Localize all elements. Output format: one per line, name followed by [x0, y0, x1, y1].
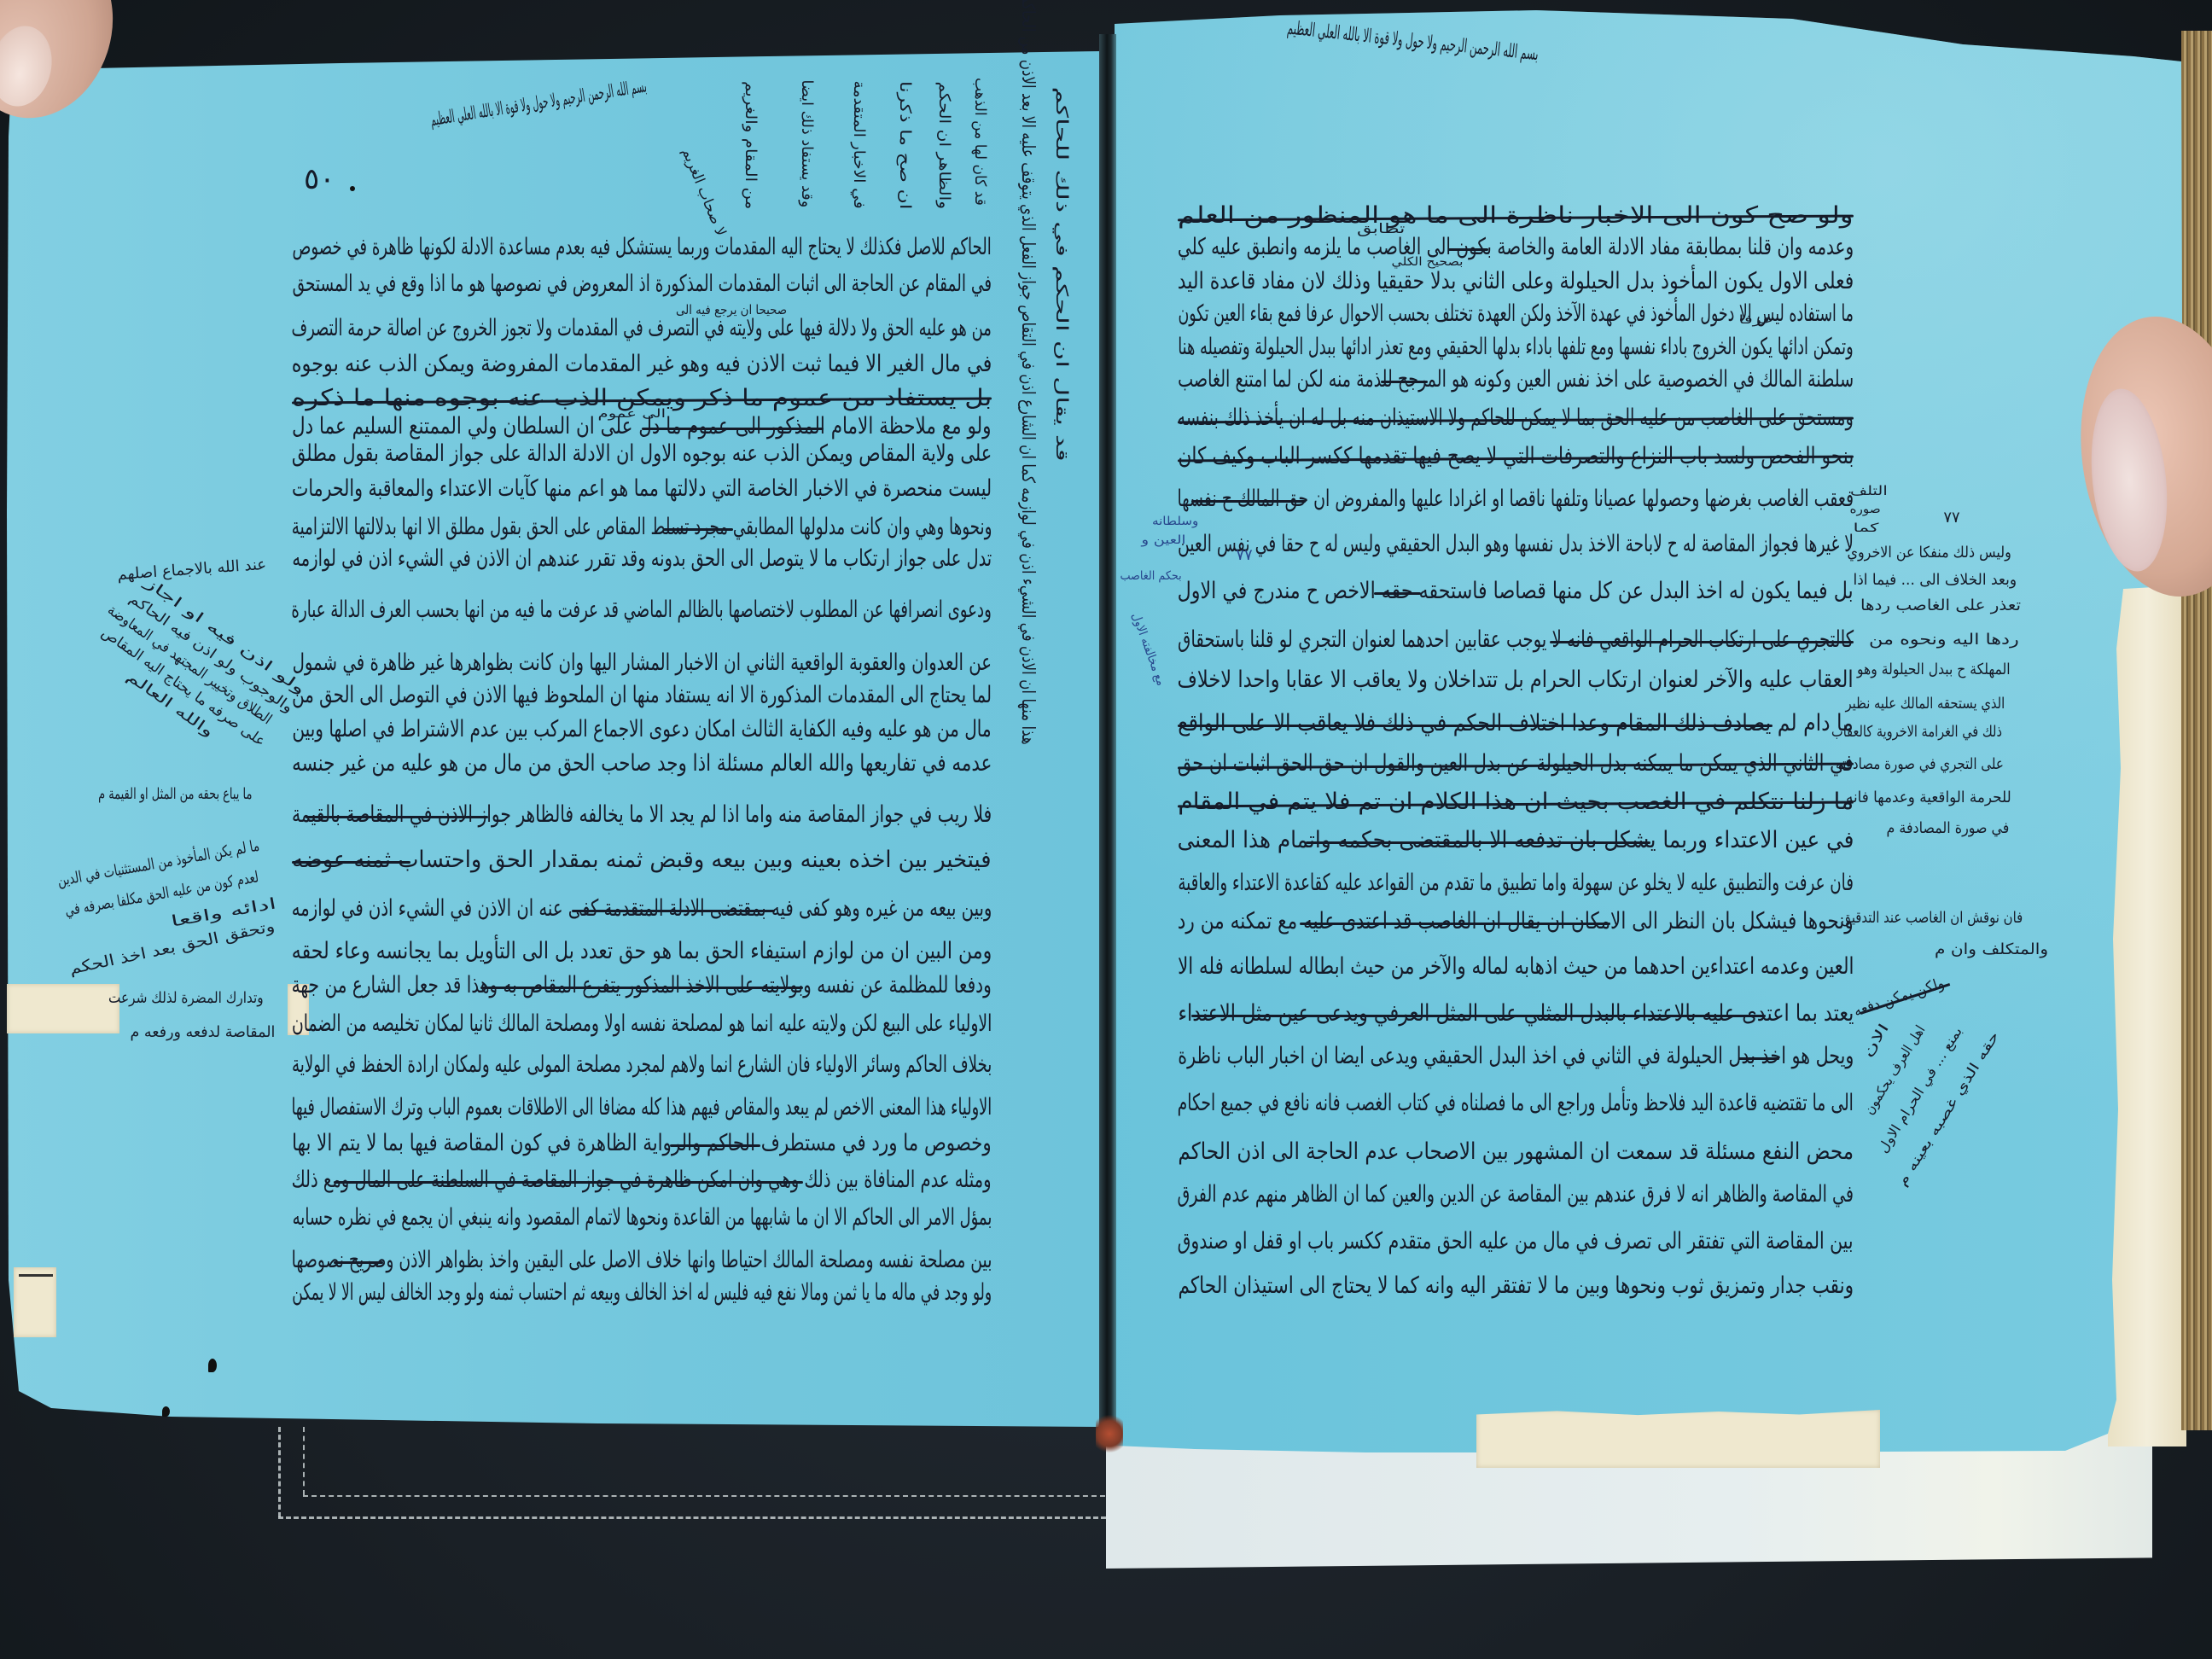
text-line-content: ما زلنا نتكلم في الغصب بحيث ان هذا الكلا…	[1178, 783, 1854, 821]
table-outline-inner-horizontal	[303, 1495, 1105, 1497]
text-line: ويحل هو اخذ بدل الحيلولة في الثاني في اخ…	[1178, 1038, 1854, 1075]
margin-note-text: ما يباع بحقه من المثل او القيمة م	[98, 787, 252, 802]
right-margin-note-line: المهلكة ح ببدل الحيلولة وهو	[1869, 662, 2023, 681]
text-line: بمؤل الامر الى الحاكم الا ان ما شابهها م…	[292, 1199, 992, 1237]
margin-note-text: على التجري في صورة مصادفته	[1836, 757, 2004, 772]
gutter-marker: ٧٧	[1229, 548, 1260, 567]
text-line-content: العقاب عليه والآخر لعنوان ارتكاب الحرام …	[1178, 661, 1854, 699]
text-line: كالتجري على ارتكاب الحرام الواقعي فانه ل…	[1178, 621, 1854, 659]
text-line: على ولاية المقاص ويمكن الذب عنه بوجوه ال…	[292, 435, 992, 473]
margin-note-marker: ٧٧	[1939, 510, 1965, 529]
text-line-struck: ومستحق على الغاصب من عليه الحق بما لا يم…	[1178, 399, 1854, 437]
table-outline-outer-horizontal	[278, 1516, 1106, 1519]
left-margin-note-middle: ما يباع بحقه من المثل او القيمة م	[128, 787, 282, 806]
text-line-content: عدمه في تفاريعها والله العالم مسئلة اذا …	[292, 745, 992, 783]
gutter-marker-text: ٧٧	[1236, 548, 1252, 563]
text-line-content: ولو وجد في ماله ما يا ثمن ومالا نفع فيه …	[292, 1274, 992, 1312]
text-line-content: ومن البين ان من لوازم استيفاء الحق بما ه…	[292, 933, 992, 970]
spine-damage	[1096, 1412, 1123, 1455]
text-line: محض النفع مسئلة قد سمعت ان المشهور بين ا…	[1178, 1133, 1854, 1171]
text-line-content: لا غيرها فجواز المقاصة له ح لاباحة الاخذ…	[1178, 526, 1854, 563]
text-line-content: مال من هو عليه وفيه الكفاية الثالث امكان…	[293, 711, 992, 748]
text-line: فعقب الغاصب بغرضها وحصولها عصيانا وتلفها…	[1178, 480, 1854, 518]
text-line-struck: ما زلنا نتكلم في الغصب بحيث ان هذا الكلا…	[1178, 783, 1854, 821]
margin-fragment: صوره	[1850, 504, 1881, 517]
right-margin-note-line: وبعد الخلاف الى ... فيما اذا	[1858, 573, 2022, 591]
right-margin-note-line: على التجري في صورة مصادفته	[1852, 757, 2020, 776]
margin-fragment: كما	[1854, 522, 1879, 536]
right-margin-note-line: الذي يستحقه المالك عليه نظير	[1863, 696, 2023, 715]
text-line: فان عرفت والتطبيق عليه لا يخلو عن سهولة …	[1178, 864, 1854, 902]
text-line-content: كالتجري على ارتكاب الحرام الواقعي فانه ل…	[1178, 621, 1854, 659]
gutter-note-text: العين و	[1142, 534, 1186, 546]
text-line-content: ويحل هو اخذ بدل الحيلولة في الثاني في اخ…	[1178, 1038, 1854, 1075]
text-line-content: ودفعا للمظلمة عن نفسه وبولايته على الاخذ…	[292, 967, 992, 1004]
text-line: بين المقاصة التي تفتقر الى تصرف في مال م…	[1178, 1223, 1854, 1260]
text-line: سلطنة المالك في الخصوصية على اخذ نفس الع…	[1178, 361, 1854, 399]
text-line-content: ونحوها فيشكل بان النظر الى الامكان ان يق…	[1178, 903, 1854, 940]
right-page-text-block: ولو صح كون الى الاخبار ناظرة الى ما هو ا…	[1178, 0, 1854, 1365]
text-line: ونحوها فيشكل بان النظر الى الامكان ان يق…	[1178, 903, 1854, 940]
margin-fragment: التلف	[1850, 485, 1888, 500]
table-outline-inner-vertical	[303, 1427, 305, 1495]
text-line-content: وعدمه وان قلنا بمطابقة مفاد الادلة العام…	[1178, 229, 1854, 266]
margin-note-text: الذي يستحقه المالك عليه نظير	[1846, 696, 2005, 712]
text-line-content: ودعوى انصرافها عن المطلوب لاختصاصها بالظ…	[292, 591, 992, 629]
text-line-content: لما يحتاج الى المقدمات المذكورة الا انه …	[292, 677, 992, 714]
text-line-content: ما دام لم يصادف ذلك المقام وعدا اختلاف ا…	[1178, 705, 1854, 742]
margin-note-text: للحرمة الواقعية وعدمها فانه	[1846, 790, 2011, 806]
text-line-content: على ولاية المقاص ويمكن الذب عنه بوجوه ال…	[292, 435, 992, 473]
gutter-note-text: وسلطانه	[1152, 515, 1198, 527]
text-line-content: الى ما تقتضيه قاعدة اليد فلاحظ وتأمل ورا…	[1178, 1085, 1854, 1122]
text-line-content: سلطنة المالك في الخصوصية على اخذ نفس الع…	[1178, 361, 1854, 399]
text-line: ليست منحصرة في الاخبار الخاصة التي دلالت…	[292, 470, 992, 508]
margin-note-text: ذلك في الغرامة الاخروية كالعقاب	[1831, 725, 2002, 740]
gutter-note-text: بحكم الغاصب	[1120, 570, 1181, 582]
margin-note-text: وليس ذلك منفكا عن الاخروي	[1847, 545, 2011, 561]
text-line-content: ومثله عدم المنافاة بين ذلك وهي وان امكن …	[292, 1161, 992, 1199]
text-line-content: بين المقاصة التي تفتقر الى تصرف في مال م…	[1178, 1223, 1854, 1260]
right-margin-note-line: في صورة المصادفة م	[1895, 821, 2017, 840]
underlying-page-strip	[2108, 580, 2186, 1447]
text-line-content: بخلاف الحاكم وسائر الاولياء فان الشارع ا…	[292, 1046, 992, 1084]
right-margin-note-line: للحرمة الواقعية وعدمها فانه	[1852, 790, 2017, 809]
ink-blot	[208, 1359, 217, 1372]
text-line: ما استفاده ليس الا دخول المأخوذ في عهدة …	[1178, 295, 1854, 333]
text-line: ومن البين ان من لوازم استيفاء الحق بما ه…	[292, 933, 992, 970]
left-margin-note-bottom: المقاصة لدفعه ورفعه م	[132, 1025, 277, 1044]
text-line: مال من هو عليه وفيه الكفاية الثالث امكان…	[292, 711, 992, 748]
text-line-content: الاولياء على البيع لكن ولايته عليه انما …	[292, 1005, 992, 1043]
margin-note-text: ردها اليه ونحوه من	[1869, 632, 2019, 648]
text-line-content: الحاكم للاصل فكذلك لا يحتاج اليه المقدما…	[293, 229, 992, 266]
text-line-content: فعقب الغاصب بغرضها وحصولها عصيانا وتلفها…	[1177, 480, 1854, 518]
text-line: ودعوى انصرافها عن المطلوب لاختصاصها بالظ…	[292, 591, 992, 629]
repair-patch	[1476, 1410, 1880, 1468]
text-line-struck: بنحو الفحص ولسد باب النزاع والتصرفات الت…	[1178, 438, 1854, 475]
text-line: ومثله عدم المنافاة بين ذلك وهي وان امكن …	[292, 1161, 992, 1199]
text-line-content: العين وعدمه اعتداءين احدهما من حيث اذهاب…	[1178, 948, 1854, 986]
right-margin-note-line: ردها اليه ونحوه من	[1869, 632, 2019, 651]
text-line: الاولياء على البيع لكن ولايته عليه انما …	[292, 1005, 992, 1043]
text-line: في عين الاعتداء وربما يشكل بان تدفعه الا…	[1178, 822, 1854, 859]
text-line: بل فيما يكون له اخذ البدل عن كل منها قصا…	[1178, 573, 1854, 610]
text-line: بخلاف الحاكم وسائر الاولياء فان الشارع ا…	[292, 1046, 992, 1084]
margin-fragment-text: التلف	[1850, 485, 1888, 498]
text-line: الحاكم للاصل فكذلك لا يحتاج اليه المقدما…	[292, 229, 992, 266]
text-line-content: فلا ريب في جواز المقاصة منه واما اذا لم …	[292, 796, 992, 834]
right-margin-note-line: تعذر على الغاصب ردها	[1860, 598, 2021, 617]
text-line: العقاب عليه والآخر لعنوان ارتكاب الحرام …	[1178, 661, 1854, 699]
margin-note-text: والمتكلف وان م	[1935, 942, 2048, 958]
right-margin-note-line: ذلك في الغرامة الاخروية كالعقاب	[1852, 725, 2023, 743]
text-line-content: ونقب جدار وتمزيق ثوب ونحوها وبين ما لا ت…	[1178, 1267, 1854, 1305]
text-line-content: في الثاني الذي يمكن ما يمكنه بدل الحيلول…	[1178, 745, 1854, 783]
margin-note-text: وبعد الخلاف الى ... فيما اذا	[1854, 573, 2017, 588]
margin-note-text: المقاصة لدفعه ورفعه م	[131, 1025, 276, 1040]
text-line-content: وخصوص ما ورد في مستطرف الحاكم والرواية ا…	[293, 1125, 992, 1162]
text-line: ودفعا للمظلمة عن نفسه وبولايته على الاخذ…	[292, 967, 992, 1004]
text-line-content: في عين الاعتداء وربما يشكل بان تدفعه الا…	[1177, 822, 1854, 859]
margin-note-text: وتدارك المضرة لذلك شرعت	[108, 991, 264, 1006]
right-margin-note-2-line: والمتكلف وان م	[1935, 942, 2048, 961]
gutter-note: وسلطانه	[1152, 515, 1198, 531]
left-margin-note-bottom: وتدارك المضرة لذلك شرعت	[122, 991, 277, 1010]
text-line: ما دام لم يصادف ذلك المقام وعدا اختلاف ا…	[1178, 705, 1854, 742]
text-line: فلا ريب في جواز المقاصة منه واما اذا لم …	[292, 796, 992, 834]
margin-note-text: المهلكة ح ببدل الحيلولة وهو	[1857, 662, 2011, 678]
text-line-content: فان عرفت والتطبيق عليه لا يخلو عن سهولة …	[1178, 864, 1854, 902]
text-line-content: ومستحق على الغاصب من عليه الحق بما لا يم…	[1178, 399, 1854, 437]
text-line: ونقب جدار وتمزيق ثوب ونحوها وبين ما لا ت…	[1178, 1267, 1854, 1305]
text-line-content: ليست منحصرة في الاخبار الخاصة التي دلالت…	[292, 470, 992, 508]
text-line: ولو وجد في ماله ما يا ثمن ومالا نفع فيه …	[292, 1274, 992, 1312]
text-line-content: في المقاصة والظاهر انه لا فرق عندهم بين …	[1177, 1176, 1854, 1214]
text-line: لما يحتاج الى المقدمات المذكورة الا انه …	[292, 677, 992, 714]
text-line-struck: في الثاني الذي يمكن ما يمكنه بدل الحيلول…	[1178, 745, 1854, 783]
book-page-edges	[2181, 31, 2212, 1430]
text-line: لا غيرها فجواز المقاصة له ح لاباحة الاخذ…	[1178, 526, 1854, 563]
text-line-content: ما استفاده ليس الا دخول المأخوذ في عهدة …	[1178, 295, 1854, 333]
text-line: وخصوص ما ورد في مستطرف الحاكم والرواية ا…	[292, 1125, 992, 1162]
margin-note-text: في صورة المصادفة م	[1887, 821, 2010, 836]
text-line-content: بنحو الفحص ولسد باب النزاع والتصرفات الت…	[1178, 438, 1854, 475]
margin-fragment-text: صوره	[1850, 504, 1881, 515]
text-line: الى ما تقتضيه قاعدة اليد فلاحظ وتأمل ورا…	[1178, 1085, 1854, 1122]
margin-note-marker-text: ٧٧	[1943, 510, 1959, 526]
ink-blot	[162, 1406, 170, 1417]
right-margin-note-line: وليس ذلك منفكا عن الاخروي	[1858, 545, 2022, 564]
gutter-note: بحكم الغاصب	[1123, 570, 1185, 585]
text-line: العين وعدمه اعتداءين احدهما من حيث اذهاب…	[1178, 948, 1854, 986]
margin-note-text: فان نوقش ان الغاصب عند التدقيق	[1842, 911, 2023, 926]
text-line-content: يعتد بما اعتدى عليه بالاعتداء بالبدل الم…	[1178, 995, 1854, 1033]
text-line: وعدمه وان قلنا بمطابقة مفاد الادلة العام…	[1178, 229, 1854, 266]
left-page-text-block: الحاكم للاصل فكذلك لا يحتاج اليه المقدما…	[292, 0, 992, 1365]
text-line: يعتد بما اعتدى عليه بالاعتداء بالبدل الم…	[1178, 995, 1854, 1033]
table-outline-outer-vertical	[278, 1427, 281, 1517]
text-line-content: بل فيما يكون له اخذ البدل عن كل منها قصا…	[1178, 573, 1854, 610]
margin-fragment-text: كما	[1854, 522, 1879, 534]
text-line: عدمه في تفاريعها والله العالم مسئلة اذا …	[292, 745, 992, 783]
text-line-content: محض النفع مسئلة قد سمعت ان المشهور بين ا…	[1178, 1133, 1854, 1171]
text-line-content: بمؤل الامر الى الحاكم الا ان ما شابهها م…	[292, 1199, 992, 1237]
text-line: في المقاصة والظاهر انه لا فرق عندهم بين …	[1178, 1176, 1854, 1214]
gutter-note: العين و	[1142, 534, 1186, 550]
right-margin-note-2-line: فان نوقش ان الغاصب عند التدقيق	[1860, 911, 2042, 929]
margin-note-text: تعذر على الغاصب ردها	[1860, 598, 2021, 614]
